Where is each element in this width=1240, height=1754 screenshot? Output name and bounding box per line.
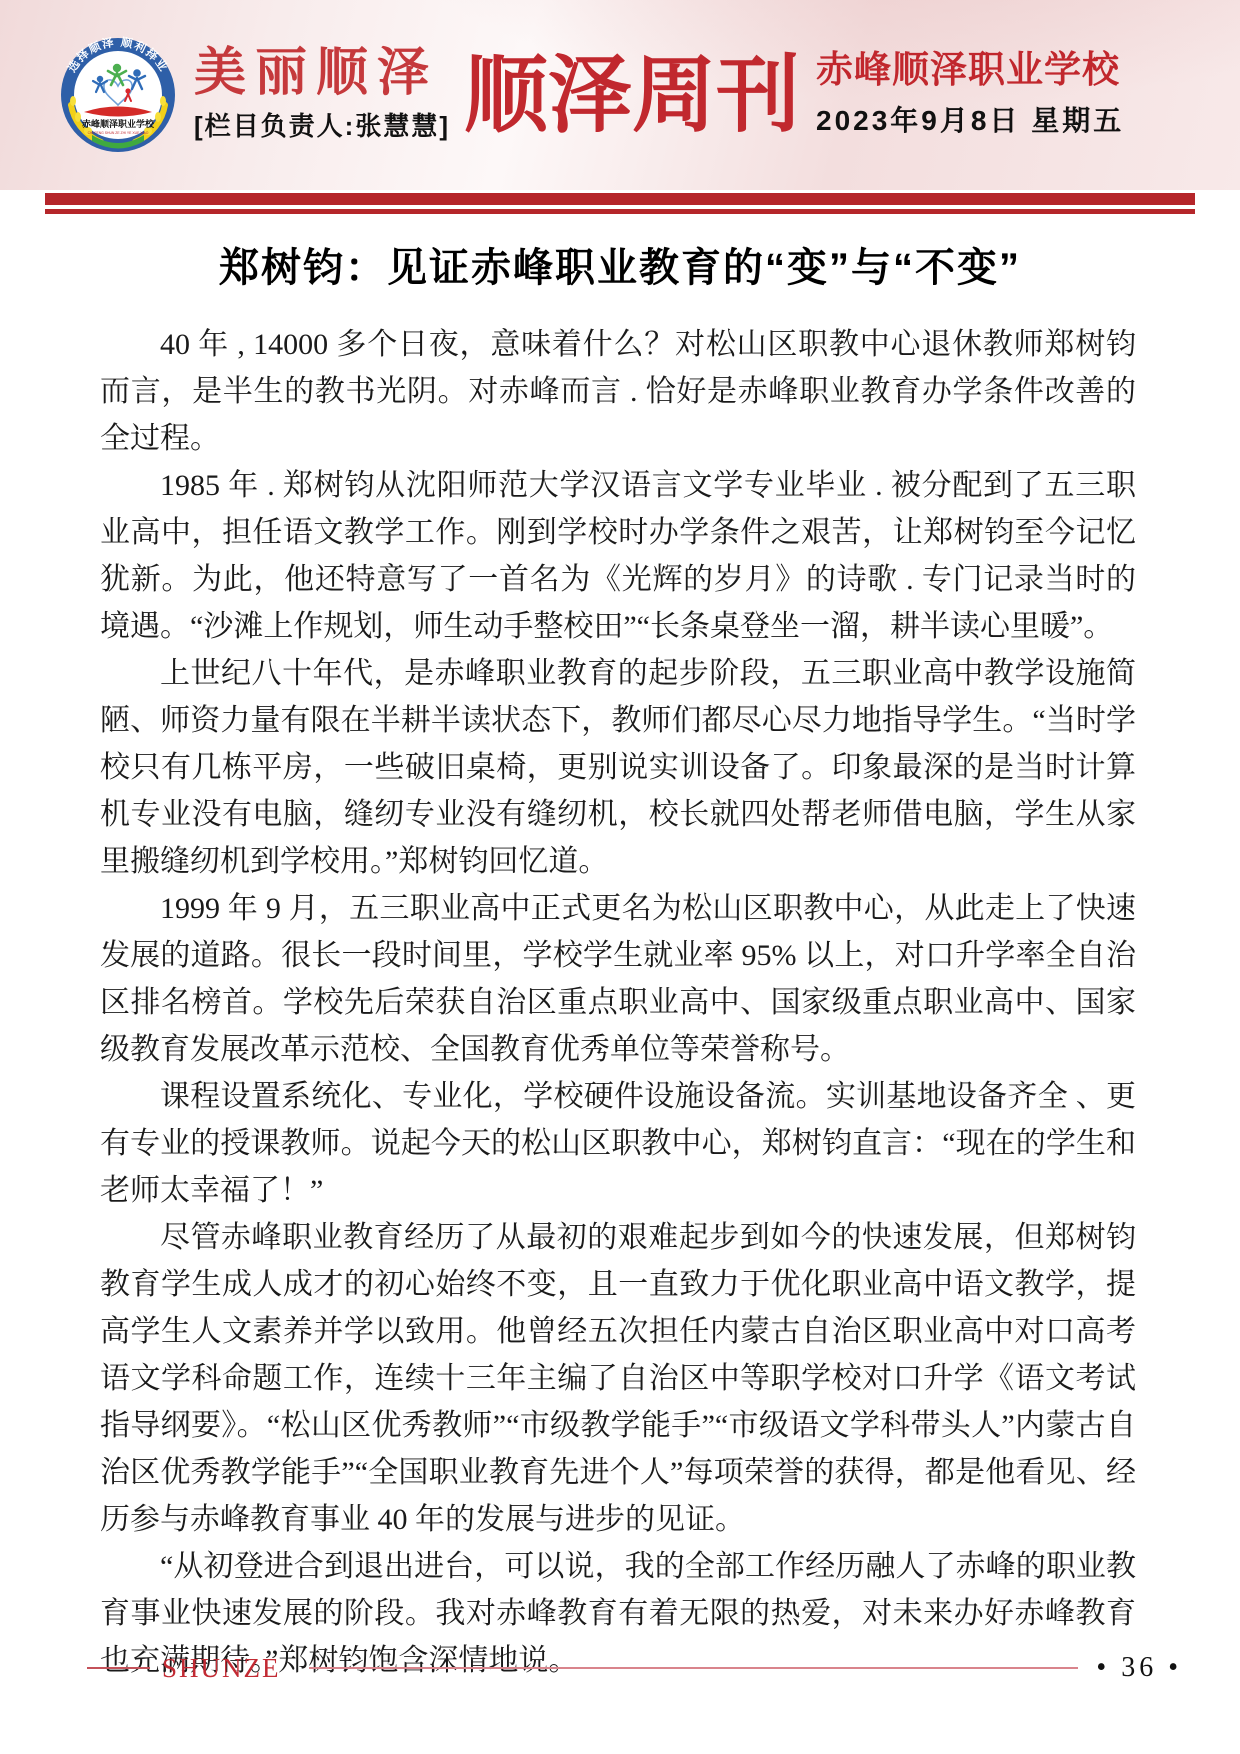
page-number: • 36 • xyxy=(1096,1652,1182,1684)
newspaper-page: 选择顺泽 顺利择业 赤峰顺泽职业学校 CHI FENG SHUN ZE ZHI … xyxy=(0,0,1240,1754)
article-paragraph: 尽管赤峰职业教育经历了从最初的艰难起步到如今的快速发展，但郑树钧教育学生成人成才… xyxy=(100,1214,1136,1543)
header-divider xyxy=(0,190,1240,214)
article-title: 郑树钧：见证赤峰职业教育的“变”与“不变” xyxy=(60,236,1180,293)
article-paragraph: 上世纪八十年代，是赤峰职业教育的起步阶段，五三职业高中教学设施简陋、师资力量有限… xyxy=(100,650,1136,885)
logo-english-name: CHI FENG SHUN ZE ZHI YE XUE XIAO xyxy=(88,131,149,135)
issue-date: 2023年9月8日 星期五 xyxy=(816,99,1124,139)
masthead-right-block: 赤峰顺泽职业学校 2023年9月8日 星期五 xyxy=(816,51,1124,140)
footer-left-rule xyxy=(87,1667,150,1669)
divider-thin-rule xyxy=(45,209,1195,214)
masthead: 选择顺泽 顺利择业 赤峰顺泽职业学校 CHI FENG SHUN ZE ZHI … xyxy=(0,0,1240,190)
school-name: 赤峰顺泽职业学校 xyxy=(816,51,1120,92)
school-logo: 选择顺泽 顺利择业 赤峰顺泽职业学校 CHI FENG SHUN ZE ZHI … xyxy=(58,35,178,155)
footer-brand: SHUNZE xyxy=(162,1653,281,1684)
school-logo-badge: 选择顺泽 顺利择业 赤峰顺泽职业学校 CHI FENG SHUN ZE ZHI … xyxy=(58,35,178,155)
divider-thick-rule xyxy=(45,193,1195,205)
masthead-title: 美丽顺泽 xyxy=(194,47,438,102)
article-paragraph: 课程设置系统化、专业化，学校硬件设施设备流。实训基地设备齐全 、更有专业的授课教… xyxy=(100,1073,1136,1214)
footer-long-rule xyxy=(309,1667,1079,1669)
article-paragraph: 1999 年 9 月，五三职业高中正式更名为松山区职教中心，从此走上了快速发展的… xyxy=(100,885,1136,1073)
article-paragraph: 1985 年 . 郑树钧从沈阳师范大学汉语言文学专业毕业 . 被分配到了五三职业… xyxy=(100,462,1136,650)
article-body: 40 年 , 14000 多个日夜，意味着什么？对松山区职教中心退休教师郑树钧而… xyxy=(100,321,1136,1684)
column-editor: [栏目负责人:张慧慧] xyxy=(194,106,450,143)
article-paragraph: 40 年 , 14000 多个日夜，意味着什么？对松山区职教中心退休教师郑树钧而… xyxy=(100,321,1136,462)
masthead-left-block: 美丽顺泽 [栏目负责人:张慧慧] xyxy=(194,47,450,143)
logo-school-name: 赤峰顺泽职业学校 xyxy=(82,118,155,129)
weekly-title: 顺泽周刊 xyxy=(464,53,800,137)
page-footer: SHUNZE • 36 • xyxy=(0,1652,1240,1684)
